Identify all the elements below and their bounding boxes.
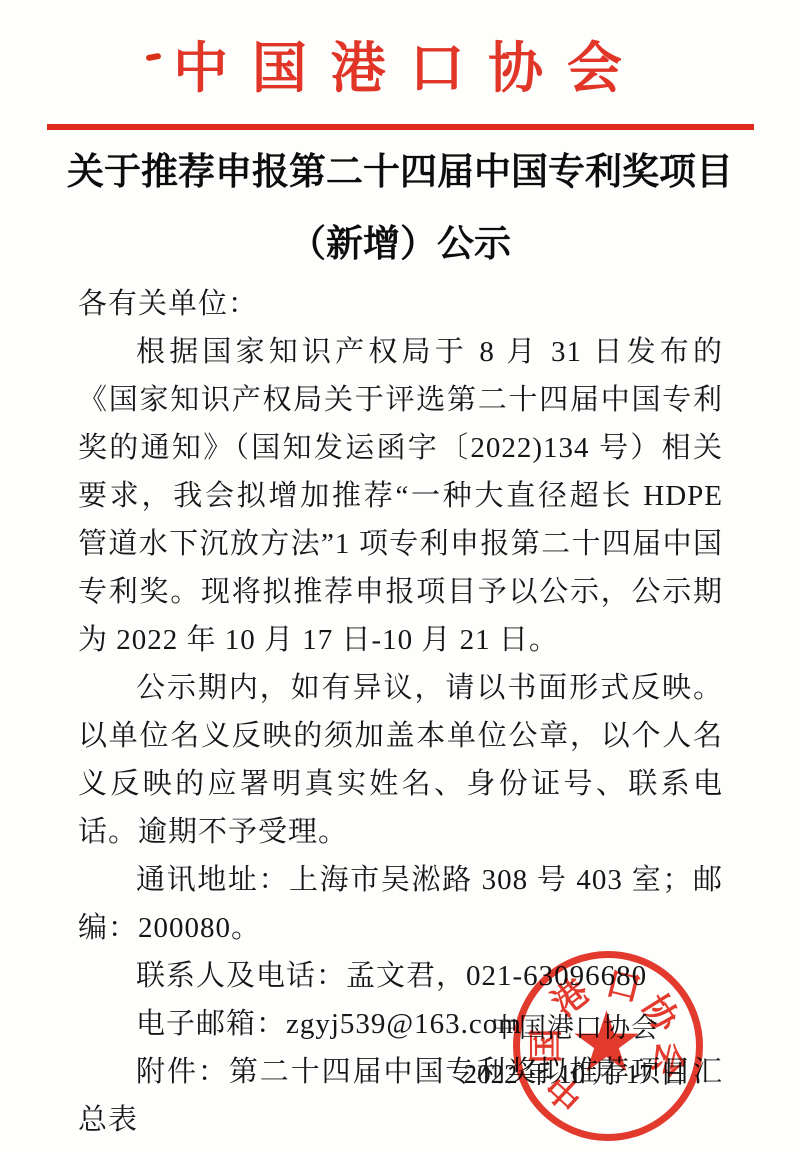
contact-address-line: 通讯地址：上海市吴淞路 308 号 403 室；邮编：200080。 (78, 856, 723, 952)
signature-block: 中国港口协会 2022 年 10 月 17 日 (420, 1008, 730, 1100)
scanned-notice-document: 中 国 港 口 协 会 关于推荐申报第二十四届中国专利奖项目 （新增）公示 各有… (0, 0, 800, 1156)
salutation-line: 各有关单位： (78, 280, 723, 328)
document-title-line2: （新增）公示 (0, 213, 800, 267)
contact-person-line: 联系人及电话：孟文君，021-63096680 (78, 952, 723, 1000)
document-title-line1: 关于推荐申报第二十四届中国专利奖项目 (0, 141, 800, 195)
signature-organization: 中国港口协会 (420, 1008, 730, 1048)
letterhead-divider-rule (47, 124, 754, 130)
body-paragraph-2: 公示期内，如有异议，请以书面形式反映。以单位名义反映的须加盖本单位公章，以个人名… (78, 664, 723, 856)
signature-date: 2022 年 10 月 17 日 (420, 1048, 730, 1100)
body-paragraph-1: 根据国家知识产权局于 8 月 31 日发布的《国家知识产权局关于评选第二十四届中… (78, 328, 723, 664)
letterhead-organization-name: 中 国 港 口 协 会 (0, 24, 800, 103)
